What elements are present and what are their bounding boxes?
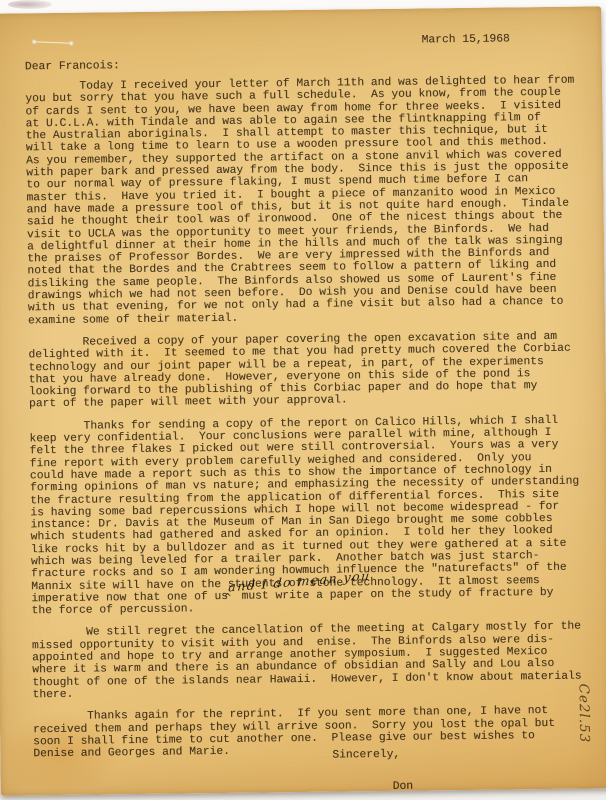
- staple-scratch-mark: [33, 41, 71, 51]
- signature: Don: [393, 781, 413, 794]
- scan-smudge: [8, 0, 52, 9]
- letter-paper: March 15,1968 Dear Francois: Today I rec…: [0, 6, 606, 795]
- closing: Sincerely,: [332, 749, 400, 762]
- paragraph-2: Received a copy of your paper covering t…: [28, 330, 594, 411]
- staple-hole: [69, 41, 74, 46]
- archival-number-text: Ce2l.53: [575, 683, 592, 743]
- paragraph-1: Today I received your letter of March 11…: [25, 74, 593, 327]
- paragraph-5: Thanks again for the reprint. If you sen…: [33, 705, 599, 761]
- letter-body: Today I received your letter of March 11…: [25, 74, 598, 770]
- scan-background: March 15,1968 Dear Francois: Today I rec…: [0, 0, 606, 800]
- staple-hole: [32, 39, 37, 44]
- paragraph-4: We still regret the cancellation of the …: [32, 621, 598, 702]
- letter-date: March 15,1968: [422, 33, 510, 46]
- salutation: Dear Francois:: [25, 60, 120, 73]
- archival-number: Ce2l.53: [591, 682, 606, 774]
